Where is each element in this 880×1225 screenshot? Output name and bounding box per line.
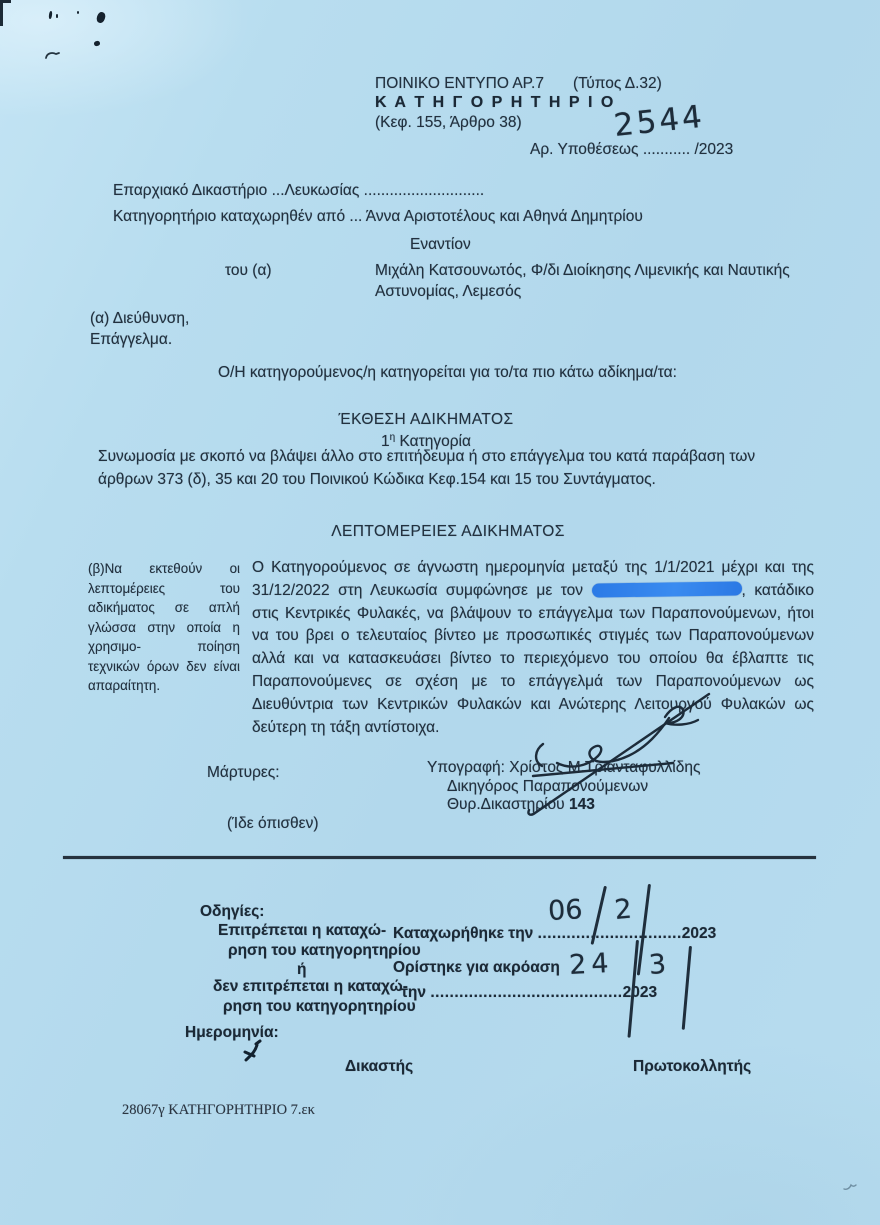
court-line: Επαρχιακό Δικαστήριο ...Λευκωσίας ......…: [113, 180, 484, 201]
case-number-year: /2023: [695, 141, 734, 158]
filed-date-handwritten: 2: [613, 894, 633, 926]
case-number-handwritten: 2544: [612, 99, 706, 144]
hearing-date-handwritten: 3: [648, 949, 667, 981]
charges-intro: Ο/Η κατηγορούμενος/η κατηγορείται για το…: [218, 362, 677, 383]
occupation-field-label: Επάγγελμα.: [90, 329, 172, 350]
registrar-label: Πρωτοκολλητής: [633, 1056, 751, 1077]
see-overleaf-note: (Ίδε όπισθεν): [227, 813, 319, 834]
defendant-line: Μιχάλη Κατσουνωτός, Φ/δι Διοίκησης Λιμεν…: [375, 260, 825, 281]
signature-line: Υπογραφή: Χρίστος Μ.Τριανταφυλλίδης: [427, 757, 700, 778]
hearing-date-handwritten: 24: [568, 948, 614, 981]
hand-slash: [682, 946, 692, 1030]
ink-speck: [48, 11, 52, 19]
offence-statement: Συνωμοσία με σκοπό να βλάψει άλλο στο επ…: [98, 445, 793, 491]
form-number: ΠΟΙΝΙΚΟ ΕΝΤΥΠΟ ΑΡ.7: [375, 73, 544, 94]
ink-speck: [77, 11, 79, 14]
document-title: Κ Α Τ Η Γ Ο Ρ Η Τ Η Ρ Ι Ο: [375, 92, 615, 113]
filed-date-handwritten: 06: [547, 894, 583, 927]
filed-date-dots: ..............................: [538, 925, 682, 942]
margin-instruction-note: (β)Να εκτεθούν οι λεπτομέρειες του αδική…: [88, 559, 240, 696]
case-number-line: Αρ. Υποθέσεως ........... /2023: [530, 139, 733, 160]
hearing-date-year: 2023: [623, 984, 657, 1001]
scan-corner-mark: [0, 0, 11, 3]
case-number-label: Αρ. Υποθέσεως: [530, 141, 639, 158]
defendant-name: Μιχάλη Κατσουνωτός, Φ/δι Διοίκησης Λιμεν…: [375, 260, 825, 302]
redaction-bar: [591, 581, 741, 597]
court-box-value: 143: [569, 796, 595, 813]
court-box-number: Θυρ.Δικαστηρίου 143: [447, 794, 595, 815]
particulars-text: Ο Κατηγορούμενος σε άγνωστη ημερομηνία μ…: [252, 557, 814, 739]
instructions-heading: Οδηγίες:: [200, 901, 264, 922]
chapter-reference: (Κεφ. 155, Άρθρο 38): [375, 112, 522, 133]
ink-speck: [56, 14, 58, 18]
particulars-text-after: , κατάδικο στις Κεντρικές Φυλακές, να βλ…: [252, 582, 814, 736]
separator-rule: [63, 856, 816, 859]
witnesses-label: Μάρτυρες:: [207, 762, 280, 783]
particulars-heading: ΛΕΠΤΟΜΕΡΕΙΕΣ ΑΔΙΚΗΜΑΤΟΣ: [8, 521, 880, 542]
form-type: (Τύπος Δ.32): [573, 73, 662, 94]
charge-sheet-document: ΠΟΙΝΙΚΟ ΕΝΤΥΠΟ ΑΡ.7 (Τύπος Δ.32) Κ Α Τ Η…: [0, 0, 880, 1225]
filed-date-year: 2023: [682, 925, 716, 942]
address-field-label: (α) Διεύθυνση,: [90, 308, 189, 329]
ink-speck: [44, 50, 62, 60]
hearing-date-label: Ορίστηκε για ακρόαση: [393, 957, 560, 978]
judge-label: Δικαστής: [345, 1056, 413, 1077]
ink-speck: [95, 11, 106, 24]
scan-corner-mark: [0, 0, 3, 26]
defendant-index-label: του (α): [225, 260, 272, 281]
ink-speck: [843, 1183, 857, 1191]
hearing-date-dots: ........................................: [430, 984, 622, 1001]
versus-label: Εναντίον: [410, 234, 471, 255]
ink-speck: [94, 41, 101, 47]
hearing-date-line: την ....................................…: [401, 982, 657, 1003]
filed-date-label: Καταχωρήθηκε την: [393, 925, 538, 942]
court-box-label: Θυρ.Δικαστηρίου: [447, 796, 569, 813]
case-number-dots: ...........: [643, 141, 690, 158]
ink-mark: [242, 1040, 264, 1064]
form-reference: 28067γ ΚΑΤΗΓΟΡΗΤΗΡΙΟ 7.εκ: [122, 1102, 315, 1119]
hearing-date-prefix: την: [401, 984, 430, 1001]
date-label: Ημερομηνία:: [185, 1022, 279, 1043]
defendant-line: Αστυνομίας, Λεμεσός: [375, 281, 825, 302]
filing-line: Κατηγορητήριο καταχωρηθέν από ... Άννα Α…: [113, 206, 643, 227]
